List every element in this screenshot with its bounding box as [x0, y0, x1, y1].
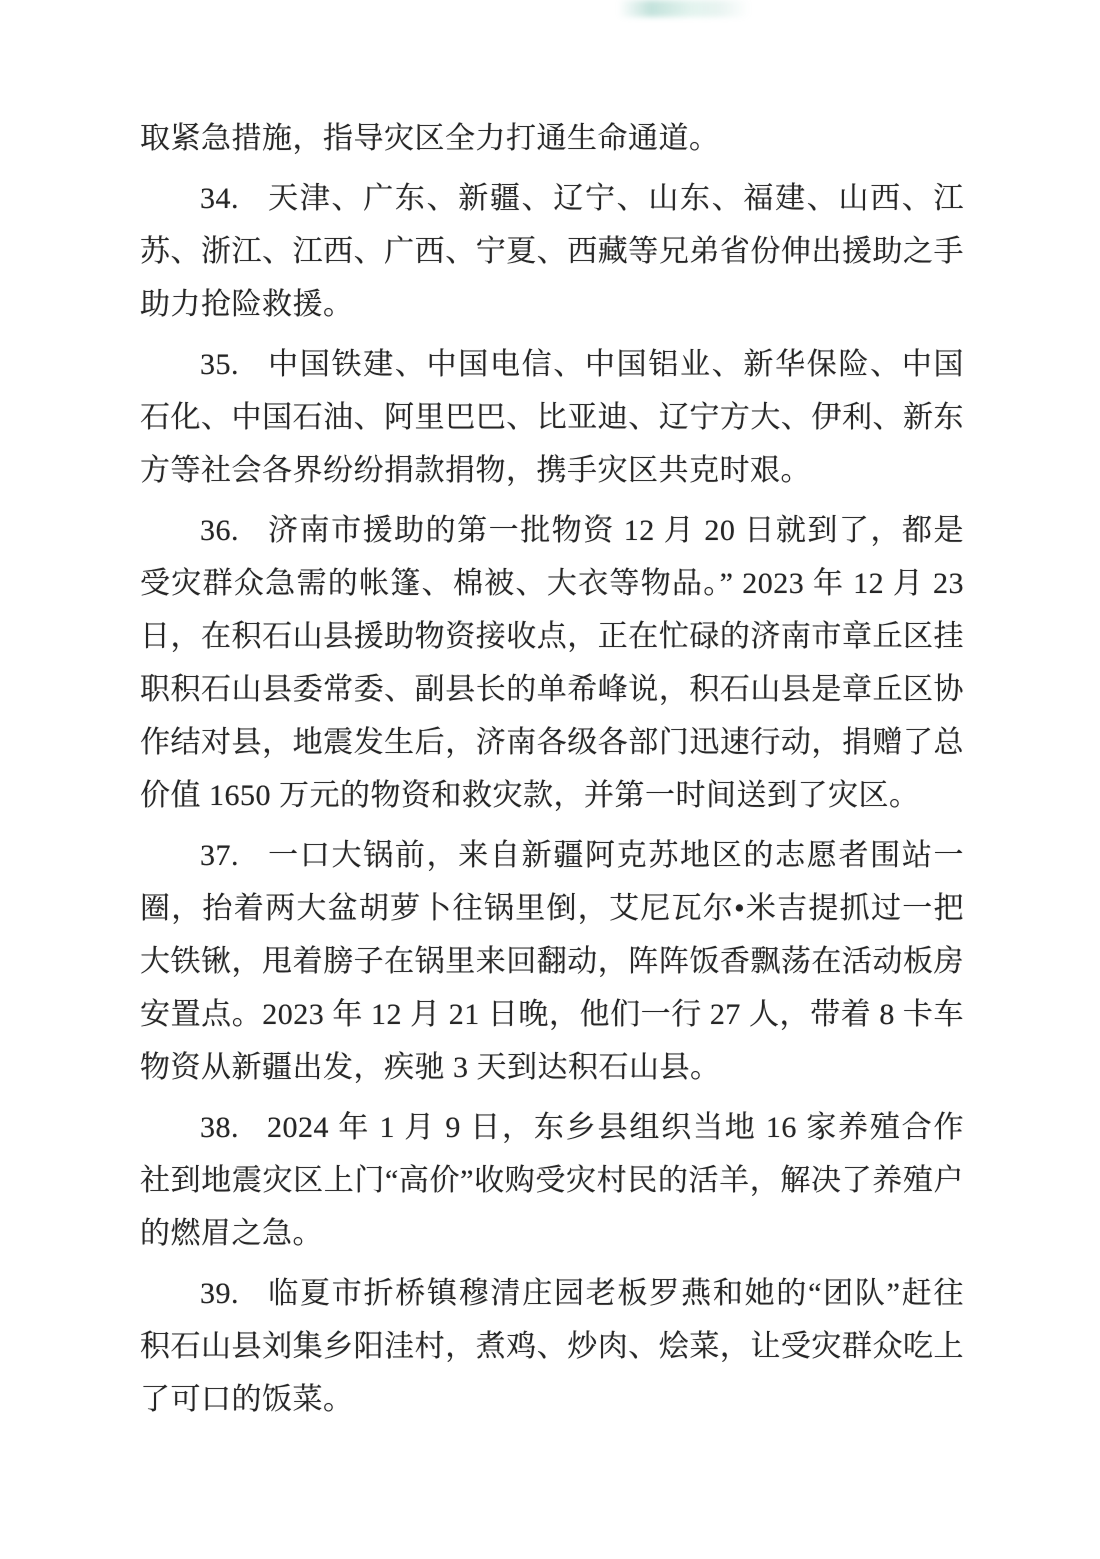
paragraph-item-35: 35.中国铁建、中国电信、中国铝业、新华保险、中国石化、中国石油、阿里巴巴、比亚… [140, 338, 964, 497]
paragraph-item-37: 37.一口大锅前，来自新疆阿克苏地区的志愿者围站一圈，抬着两大盆胡萝卜往锅里倒，… [140, 829, 964, 1094]
paragraph-item-36: 36.济南市援助的第一批物资 12 月 20 日就到了，都是受灾群众急需的帐篷、… [140, 504, 964, 822]
item-text: 济南市援助的第一批物资 12 月 20 日就到了，都是受灾群众急需的帐篷、棉被、… [140, 514, 964, 812]
document-page: 取紧急措施，指导灾区全力打通生命通道。 34.天津、广东、新疆、辽宁、山东、福建… [0, 0, 1100, 1559]
paragraph-item-39: 39.临夏市折桥镇穆清庄园老板罗燕和她的“团队”赶往积石山县刘集乡阳洼村，煮鸡、… [140, 1267, 964, 1426]
continuation-paragraph: 取紧急措施，指导灾区全力打通生命通道。 [140, 112, 964, 165]
item-number: 38. [200, 1111, 267, 1144]
item-number: 36. [200, 514, 267, 547]
item-text: 一口大锅前，来自新疆阿克苏地区的志愿者围站一圈，抬着两大盆胡萝卜往锅里倒，艾尼瓦… [140, 839, 964, 1084]
item-number: 35. [200, 348, 267, 381]
item-number: 34. [200, 182, 267, 215]
item-number: 37. [200, 839, 267, 872]
item-number: 39. [200, 1277, 267, 1310]
document-body: 取紧急措施，指导灾区全力打通生命通道。 34.天津、广东、新疆、辽宁、山东、福建… [140, 112, 964, 1433]
paragraph-item-38: 38.2024 年 1 月 9 日，东乡县组织当地 16 家养殖合作社到地震灾区… [140, 1101, 964, 1260]
scan-artifact [618, 0, 750, 17]
paragraph-item-34: 34.天津、广东、新疆、辽宁、山东、福建、山西、江苏、浙江、江西、广西、宁夏、西… [140, 172, 964, 331]
